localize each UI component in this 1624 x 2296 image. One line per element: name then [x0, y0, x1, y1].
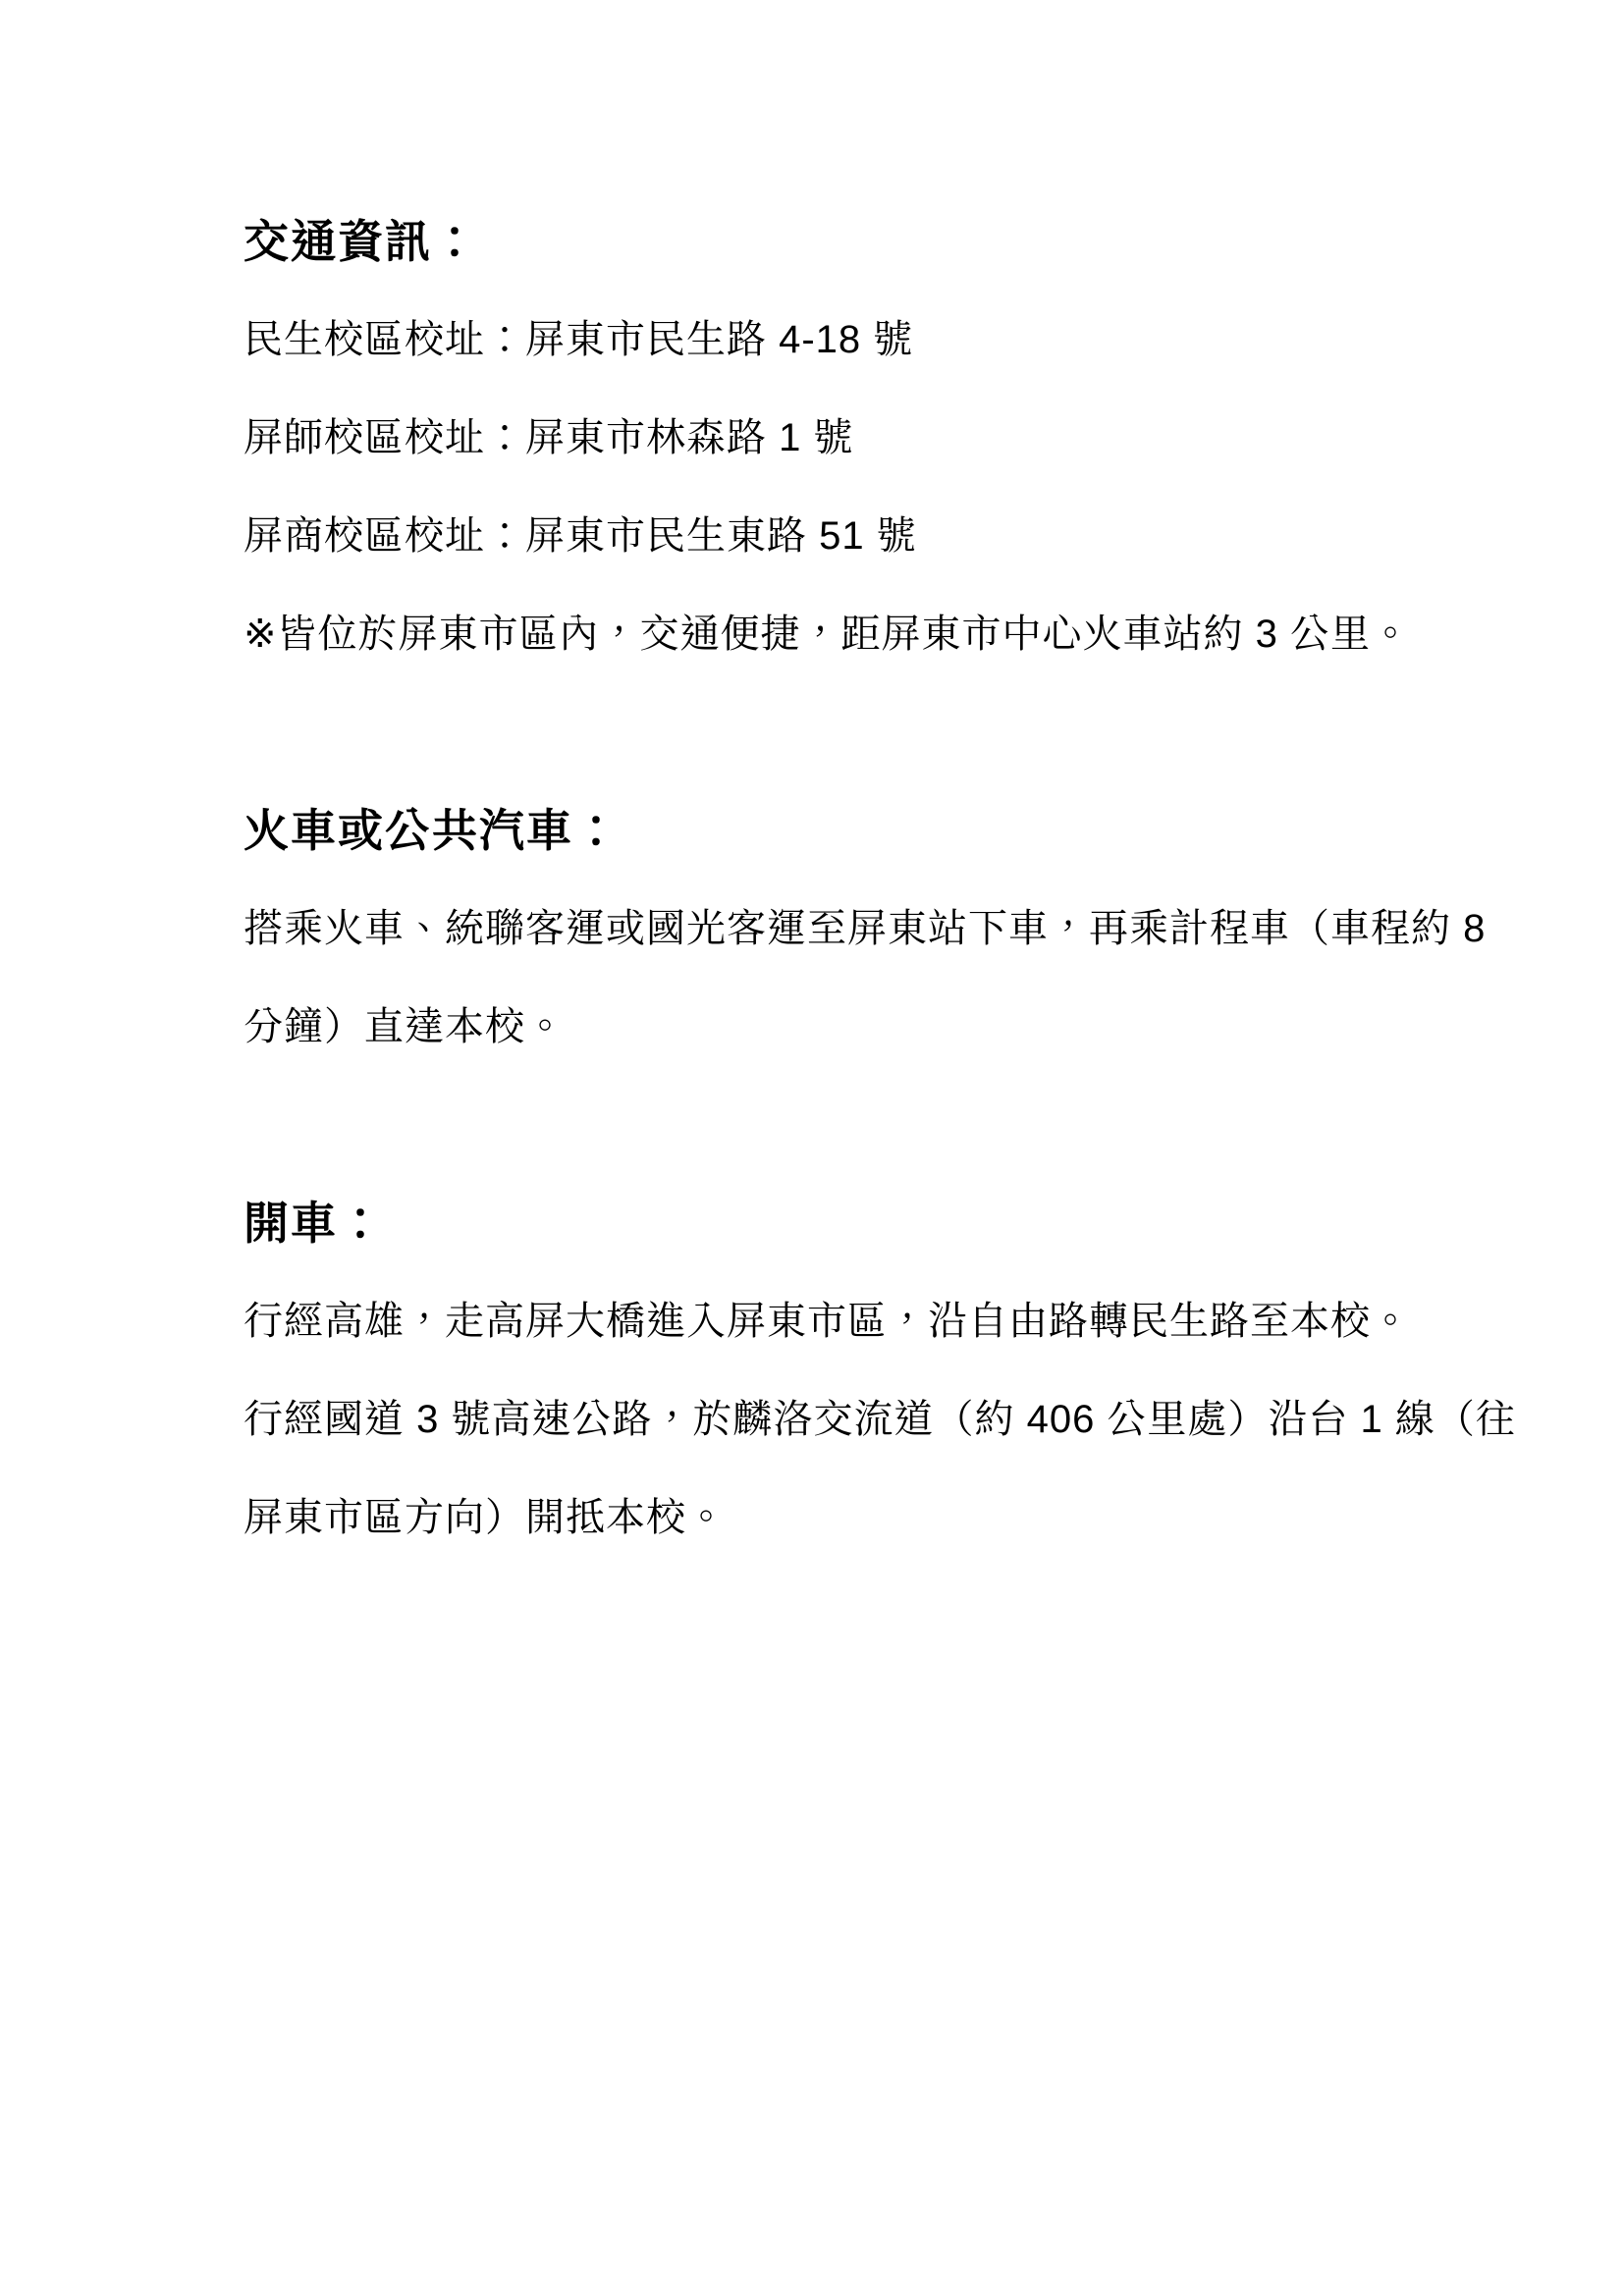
section-gap	[244, 1076, 1467, 1174]
location-note-line: ※皆位於屏東市區內，交通便捷，距屏東市中心火車站約 3 公里。	[244, 585, 1467, 683]
document-page: 交通資訊： 民生校區校址：屏東市民生路 4-18 號 屏師校區校址：屏東市林森路…	[0, 0, 1624, 2296]
driving-route-kaohsiung-line: 行經高雄，走高屏大橋進入屏東市區，沿自由路轉民生路至本校。	[244, 1272, 1467, 1370]
train-or-bus-heading: 火車或公共汽車：	[244, 781, 1467, 880]
section-driving: 開車： 行經高雄，走高屏大橋進入屏東市區，沿自由路轉民生路至本校。 行經國道 3…	[244, 1174, 1467, 1567]
driving-route-freeway-line-1: 行經國道 3 號高速公路，於麟洛交流道（約 406 公里處）沿台 1 線（往	[244, 1370, 1467, 1468]
pingshih-campus-address-line: 屏師校區校址：屏東市林森路 1 號	[244, 389, 1467, 487]
traffic-info-heading: 交通資訊：	[244, 192, 1467, 291]
train-bus-instructions-line-1: 搭乘火車、統聯客運或國光客運至屏東站下車，再乘計程車（車程約 8	[244, 880, 1467, 978]
train-bus-instructions-line-2: 分鐘）直達本校。	[244, 978, 1467, 1076]
driving-heading: 開車：	[244, 1174, 1467, 1272]
section-train-or-bus: 火車或公共汽車： 搭乘火車、統聯客運或國光客運至屏東站下車，再乘計程車（車程約 …	[244, 781, 1467, 1076]
section-gap	[244, 683, 1467, 781]
driving-route-freeway-line-2: 屏東市區方向）開抵本校。	[244, 1468, 1467, 1567]
pingshang-campus-address-line: 屏商校區校址：屏東市民生東路 51 號	[244, 487, 1467, 585]
minsheng-campus-address-line: 民生校區校址：屏東市民生路 4-18 號	[244, 291, 1467, 389]
document-content: 交通資訊： 民生校區校址：屏東市民生路 4-18 號 屏師校區校址：屏東市林森路…	[244, 192, 1467, 1567]
section-traffic-info: 交通資訊： 民生校區校址：屏東市民生路 4-18 號 屏師校區校址：屏東市林森路…	[244, 192, 1467, 683]
